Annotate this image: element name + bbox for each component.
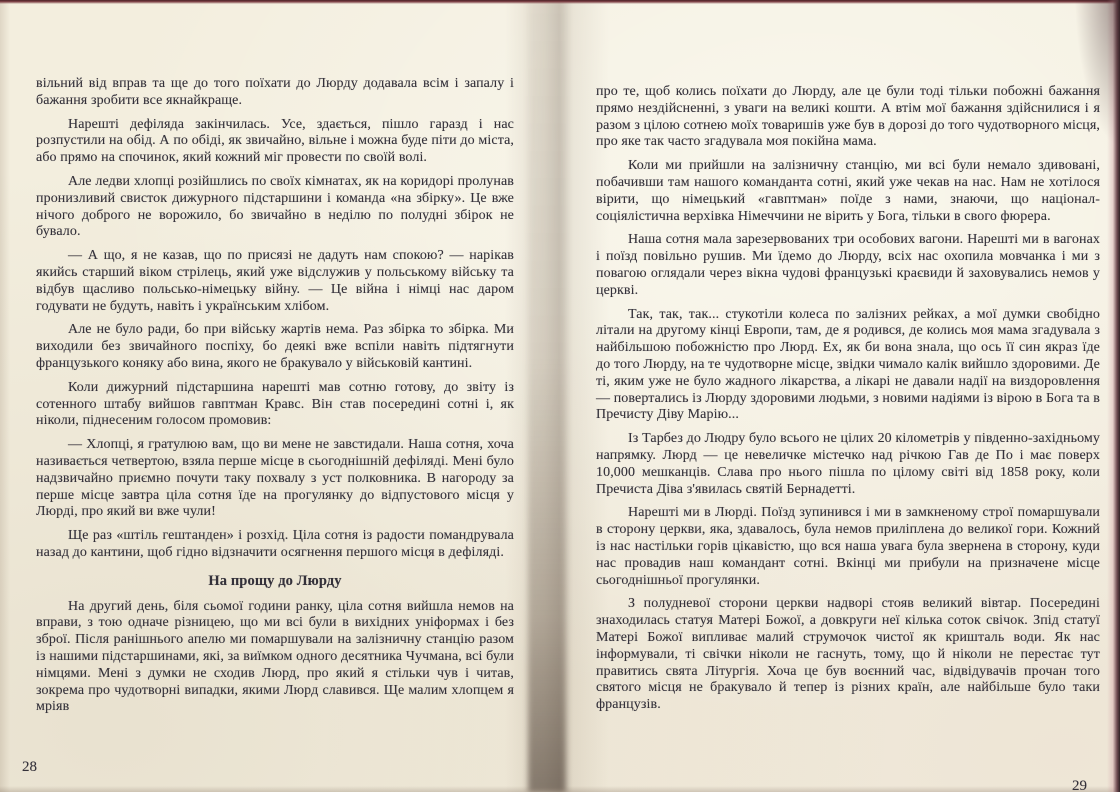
page-number-right: 29 (1072, 778, 1087, 792)
paragraph: Ще раз «штіль гештанден» і розхід. Ціла … (36, 528, 514, 562)
paragraph: На другий день, біля сьомої години ранку… (36, 599, 514, 717)
book-scan: вільний від вправ та ще до того поїхати … (0, 0, 1120, 792)
paragraph: про те, щоб колись поїхати до Люрду, але… (596, 84, 1100, 151)
paragraph: Наша сотня мала зарезервованих три особо… (596, 232, 1100, 299)
scan-edge-left (0, 0, 10, 792)
paragraph: Коли дижурний підстаршина нарешті мав со… (36, 380, 514, 430)
scan-edge-top (0, 0, 1120, 4)
paragraph: З полудневої сторони церкви надворі стоя… (596, 596, 1100, 714)
page-left: вільний від вправ та ще до того поїхати … (36, 76, 514, 723)
paragraph: вільний від вправ та ще до того поїхати … (36, 76, 514, 110)
section-heading: На прощу до Люрду (36, 573, 514, 590)
paragraph: Так, так, так... стукотіли колеса по зал… (596, 307, 1100, 425)
paragraph: Нарешті ми в Люрді. Поїзд зупинився і ми… (596, 505, 1100, 589)
paragraph: Коли ми прийшли на залізничну станцію, м… (596, 158, 1100, 225)
paragraph: Нарешті дефіляда закінчилась. Усе, здаєт… (36, 117, 514, 167)
page-right: про те, щоб колись поїхати до Люрду, але… (596, 84, 1100, 721)
page-number-left: 28 (22, 759, 37, 776)
paragraph-dialogue: — А що, я не казав, що по присязі не дад… (36, 248, 514, 315)
paragraph: Із Тарбез до Людру було всього не цілих … (596, 431, 1100, 498)
page-gutter-shadow-dark (528, 0, 566, 792)
paragraph-dialogue: — Хлопці, я гратулюю вам, що ви мене не … (36, 437, 514, 521)
scan-edge-bottom (0, 786, 1120, 792)
paragraph: Але ледви хлопці розійшлись по своїх кім… (36, 174, 514, 241)
paragraph: Але не було ради, бо при війську жартів … (36, 322, 514, 372)
